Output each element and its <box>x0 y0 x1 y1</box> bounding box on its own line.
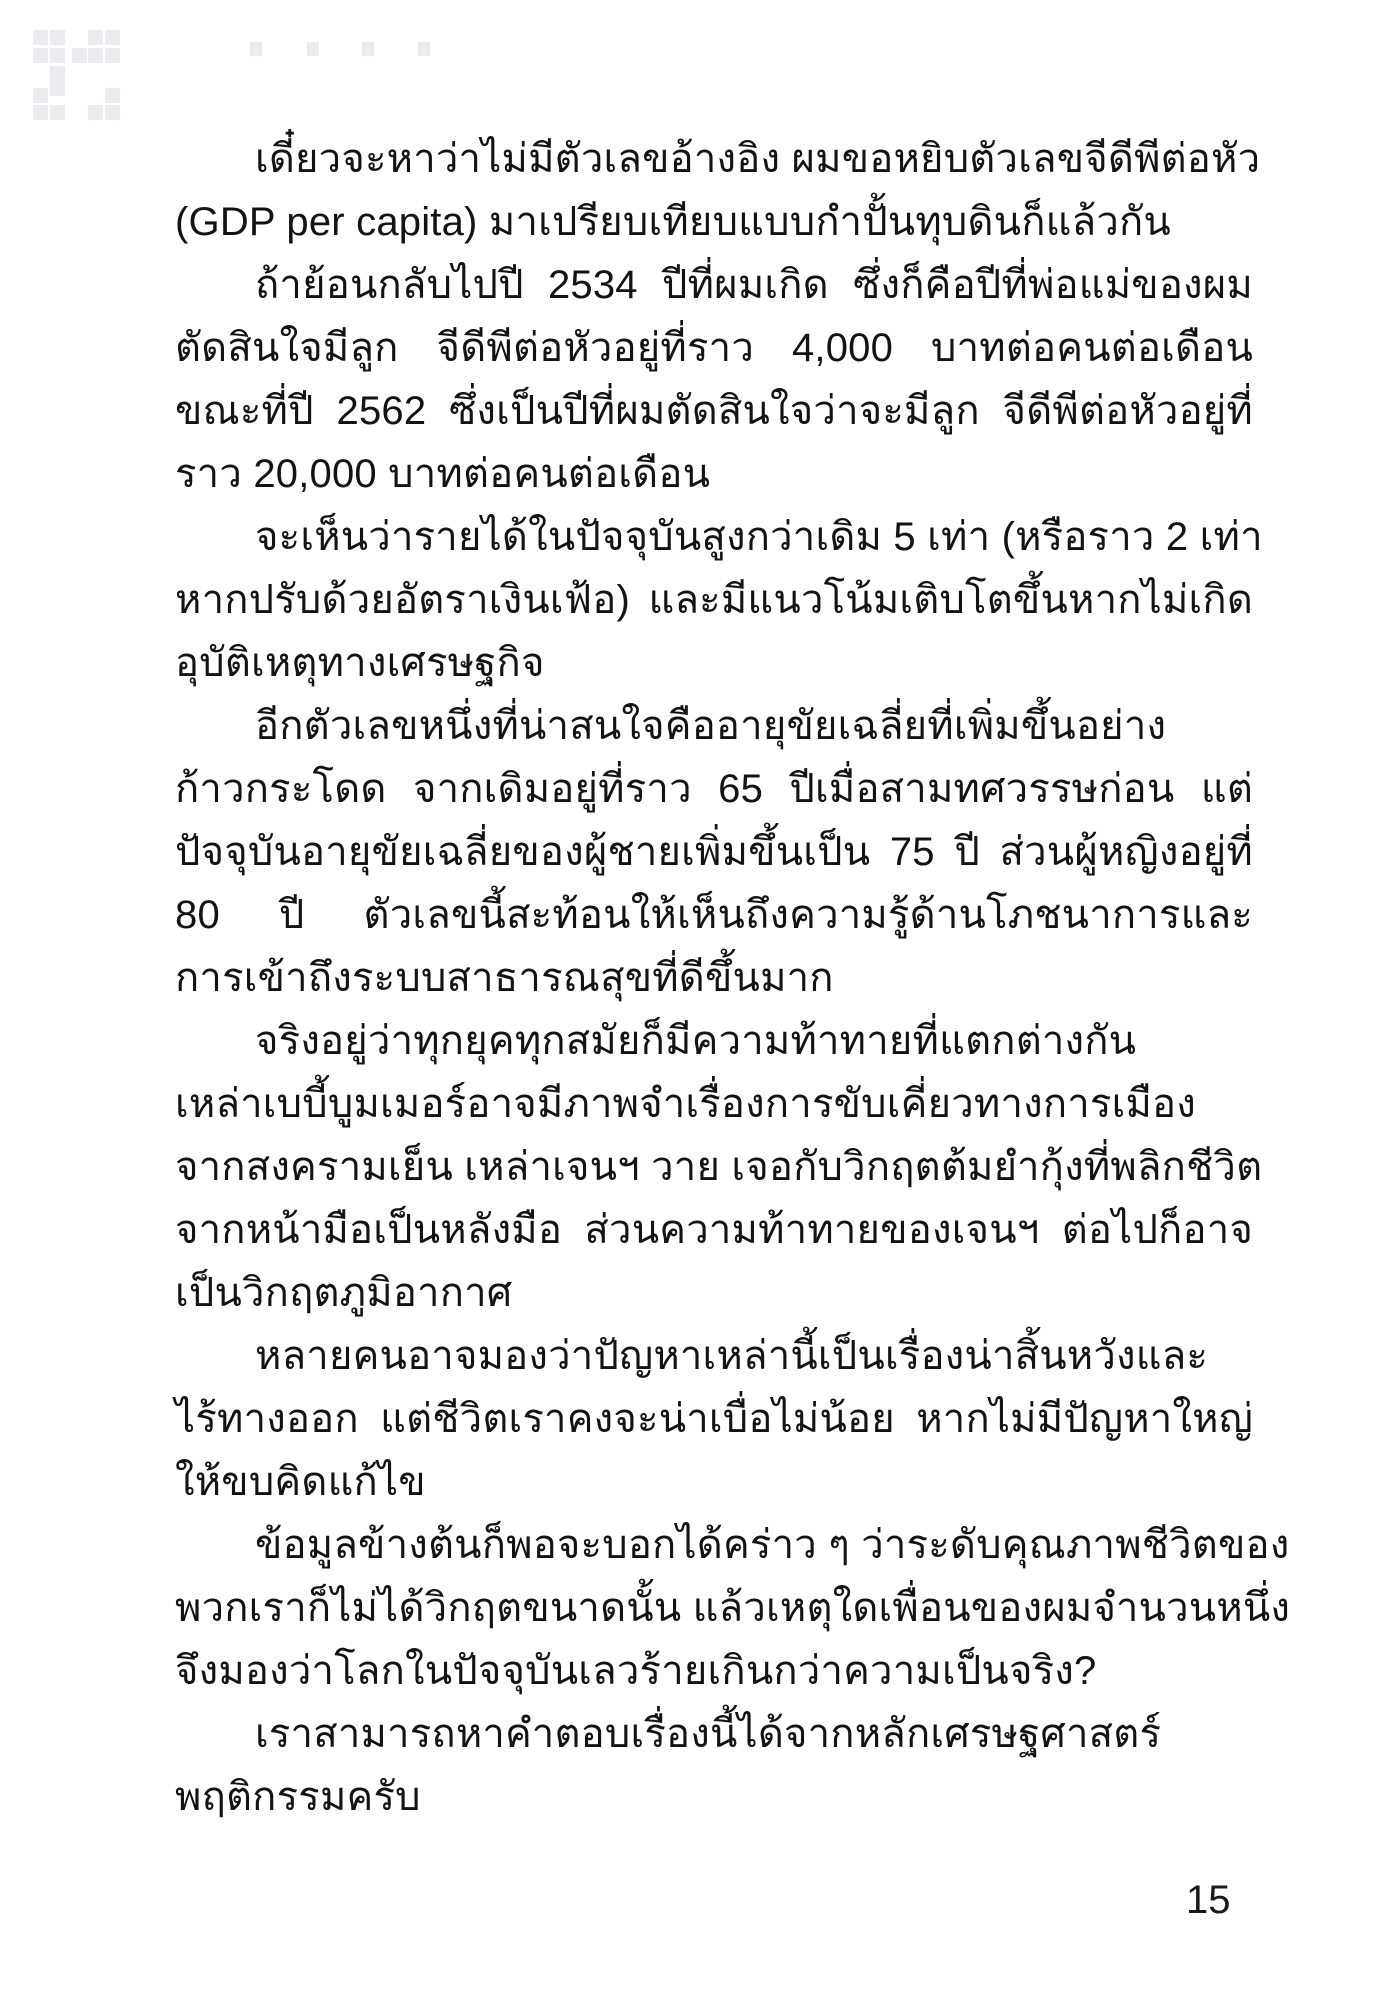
scan-artifact-block <box>33 48 48 63</box>
text-line: ตัดสินใจมีลูก จีดีพีต่อหัวอยู่ที่ราว 4,0… <box>175 317 1253 380</box>
scan-artifact-block <box>88 48 103 63</box>
text-line: เหล่าเบบี้บูมเมอร์อาจมีภาพจำเรื่องการขับ… <box>175 1073 1253 1136</box>
text-line: ก้าวกระโดด จากเดิมอยู่ที่ราว 65 ปีเมื่อส… <box>175 758 1253 821</box>
scan-artifact-block <box>105 105 120 120</box>
scan-artifact-block <box>88 30 103 45</box>
scan-artifact-block <box>50 66 65 96</box>
scan-artifact-block <box>105 30 120 45</box>
scan-artifact-block <box>307 42 319 56</box>
book-page: เดี๋ยวจะหาว่าไม่มีตัวเลขอ้างอิง ผมขอหยิบ… <box>0 0 1400 2016</box>
scan-artifact-block <box>50 48 65 63</box>
scan-artifact-block <box>33 88 48 103</box>
text-line: อุบัติเหตุทางเศรษฐกิจ <box>175 632 1253 695</box>
scan-artifact-block <box>105 88 120 103</box>
text-block: เดี๋ยวจะหาว่าไม่มีตัวเลขอ้างอิง ผมขอหยิบ… <box>175 128 1253 1829</box>
text-line: จริงอยู่ว่าทุกยุคทุกสมัยก็มีความท้าทายที… <box>175 1010 1253 1073</box>
text-line: เป็นวิกฤตภูมิอากาศ <box>175 1262 1253 1325</box>
scan-artifact-block <box>250 42 262 56</box>
text-line: 80 ปี ตัวเลขนี้สะท้อนให้เห็นถึงความรู้ด้… <box>175 884 1253 947</box>
text-line: ราว 20,000 บาทต่อคนต่อเดือน <box>175 443 1253 506</box>
scan-artifact-block <box>362 42 374 56</box>
text-line: ให้ขบคิดแก้ไข <box>175 1451 1253 1514</box>
scan-artifact <box>0 0 460 130</box>
text-line: หลายคนอาจมองว่าปัญหาเหล่านี้เป็นเรื่องน่… <box>175 1325 1253 1388</box>
text-line: จากหน้ามือเป็นหลังมือ ส่วนความท้าทายของเ… <box>175 1199 1253 1262</box>
text-line: การเข้าถึงระบบสาธารณสุขที่ดีขึ้นมาก <box>175 947 1253 1010</box>
page-number: 15 <box>1186 1880 1231 1920</box>
scan-artifact-block <box>50 105 65 120</box>
text-line: จากสงครามเย็น เหล่าเจนฯ วาย เจอกับวิกฤตต… <box>175 1136 1253 1199</box>
scan-artifact-block <box>50 30 65 45</box>
scan-artifact-block <box>33 105 48 120</box>
text-line: เราสามารถหาคำตอบเรื่องนี้ได้จากหลักเศรษฐ… <box>175 1703 1253 1766</box>
text-line: หากปรับด้วยอัตราเงินเฟ้อ) และมีแนวโน้มเต… <box>175 569 1253 632</box>
scan-artifact-block <box>105 48 120 63</box>
text-line: พวกเราก็ไม่ได้วิกฤตขนาดนั้น แล้วเหตุใดเพ… <box>175 1577 1253 1640</box>
text-line: เดี๋ยวจะหาว่าไม่มีตัวเลขอ้างอิง ผมขอหยิบ… <box>175 128 1253 191</box>
text-line: จึงมองว่าโลกในปัจจุบันเลวร้ายเกินกว่าควา… <box>175 1640 1253 1703</box>
text-line: ปัจจุบันอายุขัยเฉลี่ยของผู้ชายเพิ่มขึ้นเ… <box>175 821 1253 884</box>
scan-artifact-block <box>418 42 430 56</box>
text-line: (GDP per capita) มาเปรียบเทียบแบบกำปั้นท… <box>175 191 1253 254</box>
text-line: ขณะที่ปี 2562 ซึ่งเป็นปีที่ผมตัดสินใจว่า… <box>175 380 1253 443</box>
scan-artifact-block <box>72 48 87 63</box>
text-line: ข้อมูลข้างต้นก็พอจะบอกได้คร่าว ๆ ว่าระดั… <box>175 1514 1253 1577</box>
text-line: จะเห็นว่ารายได้ในปัจจุบันสูงกว่าเดิม 5 เ… <box>175 506 1253 569</box>
text-line: ถ้าย้อนกลับไปปี 2534 ปีที่ผมเกิด ซึ่งก็ค… <box>175 254 1253 317</box>
scan-artifact-block <box>88 105 103 120</box>
text-line: ไร้ทางออก แต่ชีวิตเราคงจะน่าเบื่อไม่น้อย… <box>175 1388 1253 1451</box>
text-line: อีกตัวเลขหนึ่งที่น่าสนใจคืออายุขัยเฉลี่ย… <box>175 695 1253 758</box>
text-line: พฤติกรรมครับ <box>175 1766 1253 1829</box>
scan-artifact-block <box>33 30 48 45</box>
